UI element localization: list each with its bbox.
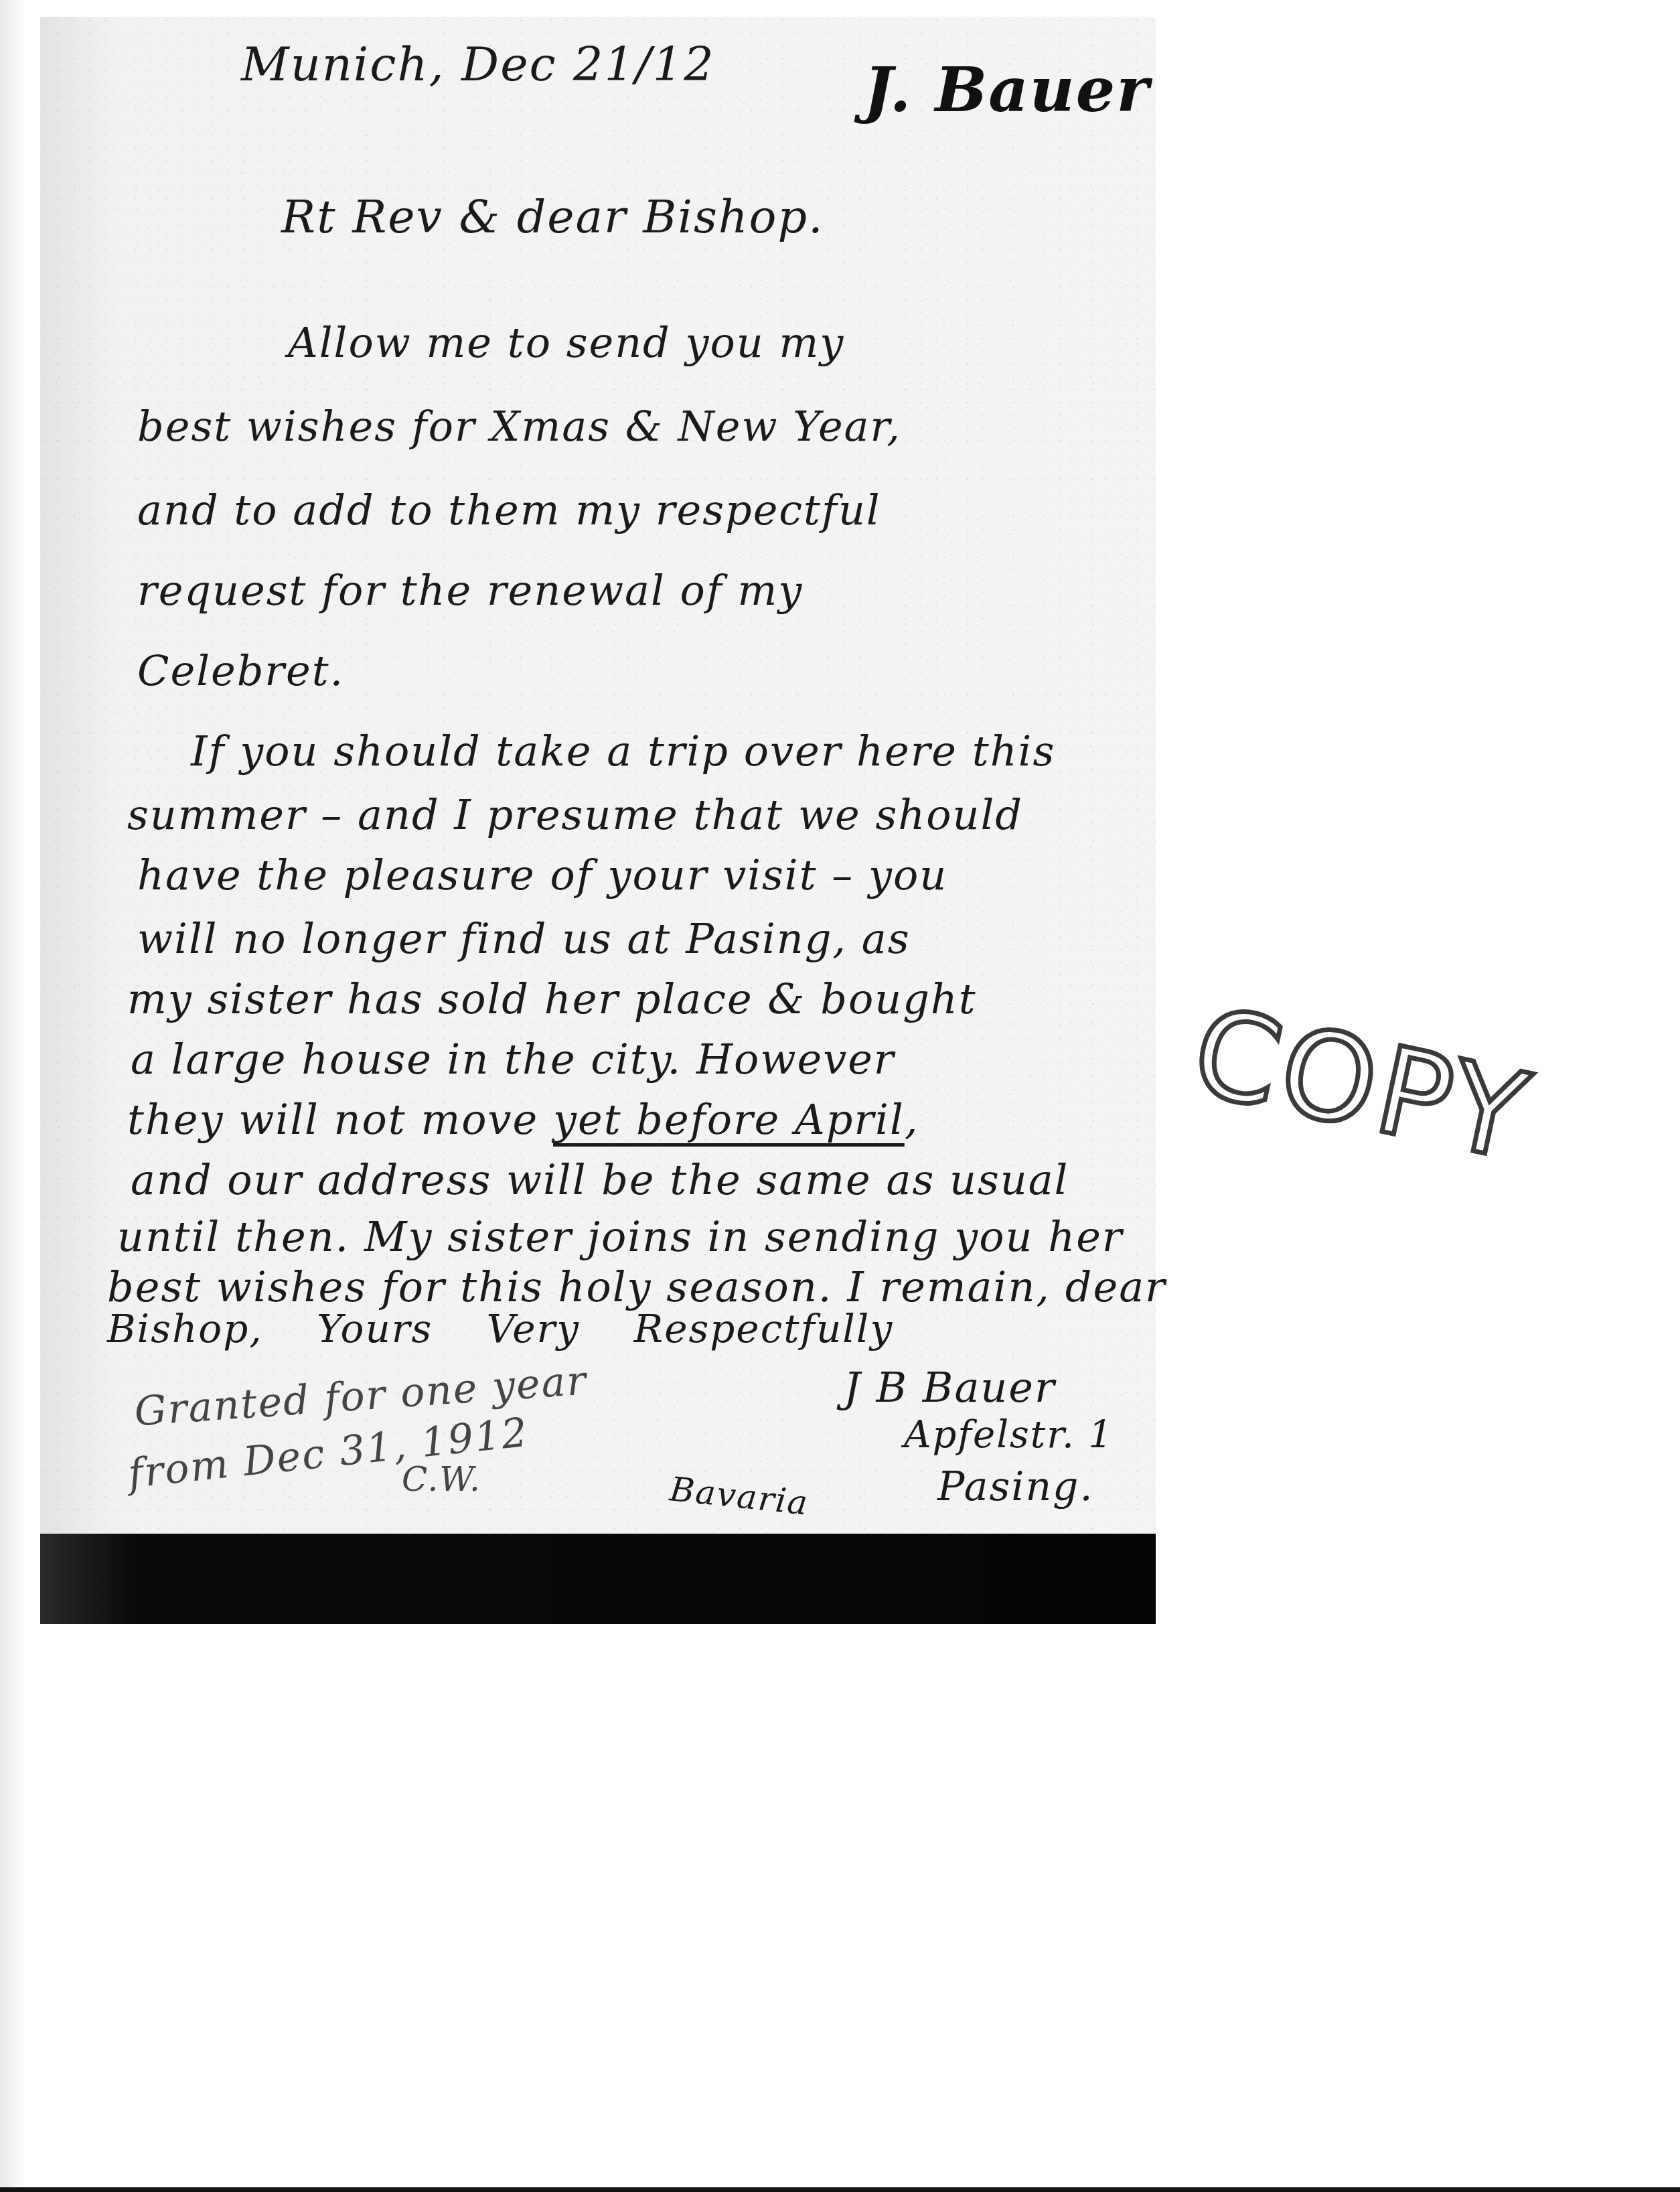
letter-body-line: best wishes for this holy season. I rema… — [107, 1262, 1166, 1311]
letter-address-street: Apfelstr. 1 — [904, 1413, 1114, 1457]
letter-body-line: my sister has sold her place & bought — [127, 974, 977, 1023]
letter-greeting: Rt Rev & dear Bishop. — [281, 191, 824, 244]
letter-body-line: If you should take a trip over here this — [191, 727, 1055, 776]
letter-body-line: Celebret. — [137, 646, 344, 695]
letter-body-line: and to add to them my respectful — [137, 486, 881, 534]
letter-body-line: summer – and I presume that we should — [127, 790, 1023, 839]
top-signature: J. Bauer — [864, 54, 1150, 126]
scan-edge-shadow — [0, 0, 27, 2192]
underlined-phrase: yet before April — [553, 1095, 905, 1144]
letter-body-line: will no longer find us at Pasing, as — [137, 914, 911, 963]
letter-body-line: request for the renewal of my — [137, 566, 803, 615]
letter-body-line: a large house in the city. However — [131, 1035, 895, 1084]
scan-bottom-edge — [0, 2187, 1680, 2192]
letter-dateline: Munich, Dec 21/12 — [241, 37, 715, 92]
letter-closing: Bishop, Yours Very Respectfully — [107, 1306, 893, 1351]
letter-body-line: and our address will be the same as usua… — [131, 1155, 1069, 1204]
letter-body-line: best wishes for Xmas & New Year, — [137, 402, 901, 451]
scan-black-bar — [40, 1534, 1156, 1624]
grant-annotation-initials: C.W. — [402, 1460, 481, 1499]
letter-signature: J B Bauer — [844, 1363, 1056, 1412]
copy-stamp: COPY — [1184, 991, 1540, 1179]
letter-body-line: Allow me to send you my — [288, 318, 844, 367]
letter-body-text: they will not move — [127, 1095, 553, 1144]
letter-body-text: , — [905, 1095, 919, 1144]
letter-body-line-with-underline: they will not move yet before April, — [127, 1095, 919, 1144]
letter-body-line: until then. My sister joins in sending y… — [117, 1212, 1124, 1261]
letter-body-line: have the pleasure of your visit – you — [137, 851, 947, 899]
letter-address-town: Pasing. — [937, 1463, 1094, 1510]
